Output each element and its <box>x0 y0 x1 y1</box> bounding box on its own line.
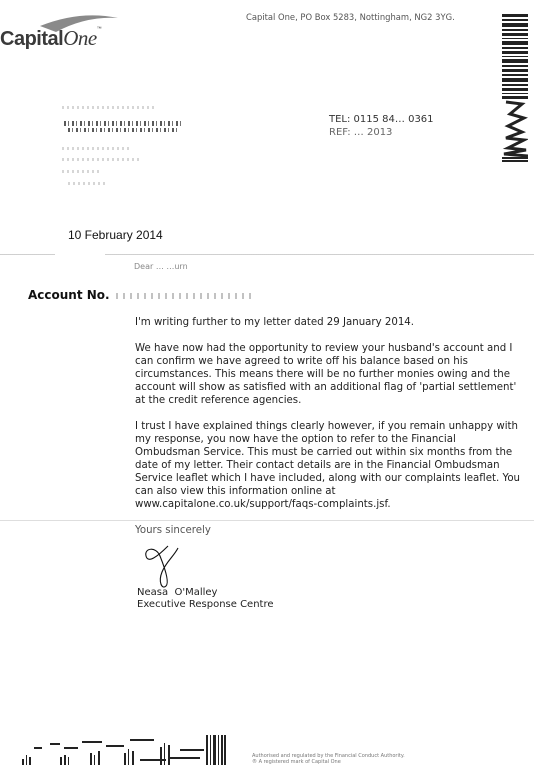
regulatory-footer: Authorised and regulated by the Financia… <box>252 753 405 765</box>
closing: Yours sincerely <box>135 524 520 537</box>
capital-one-logo: CapitalOne™ <box>0 12 125 52</box>
signatory-title: Executive Response Centre <box>137 599 274 610</box>
paragraph: I'm writing further to my letter dated 2… <box>135 316 520 329</box>
footer-line-2: ® A registered mark of Capital One <box>252 759 405 765</box>
telephone-number: TEL: 0115 84… 0361 <box>329 114 434 125</box>
paragraph: We have now had the opportunity to revie… <box>135 342 520 407</box>
fold-line-lower <box>0 520 534 521</box>
fold-line <box>0 254 534 255</box>
mail-barcode-icon <box>502 14 528 162</box>
return-address: Capital One, PO Box 5283, Nottingham, NG… <box>246 12 455 22</box>
reference-number: REF: … 2013 <box>329 127 392 138</box>
paragraph: I trust I have explained things clearly … <box>135 420 520 511</box>
letter-date: 10 February 2014 <box>68 228 163 242</box>
account-number: Account No. <box>28 288 256 302</box>
signature-icon <box>140 542 195 592</box>
letter-body: I'm writing further to my letter dated 2… <box>135 316 520 550</box>
recipient-address-block <box>62 104 182 194</box>
signatory-name: Neasa O'Malley <box>137 587 217 598</box>
account-number-redacted <box>116 293 256 299</box>
salutation: Dear … …urn <box>134 262 188 271</box>
postal-barcode-icon <box>20 733 226 766</box>
logo-wordmark: CapitalOne™ <box>0 26 101 51</box>
account-label: Account No. <box>28 288 110 302</box>
